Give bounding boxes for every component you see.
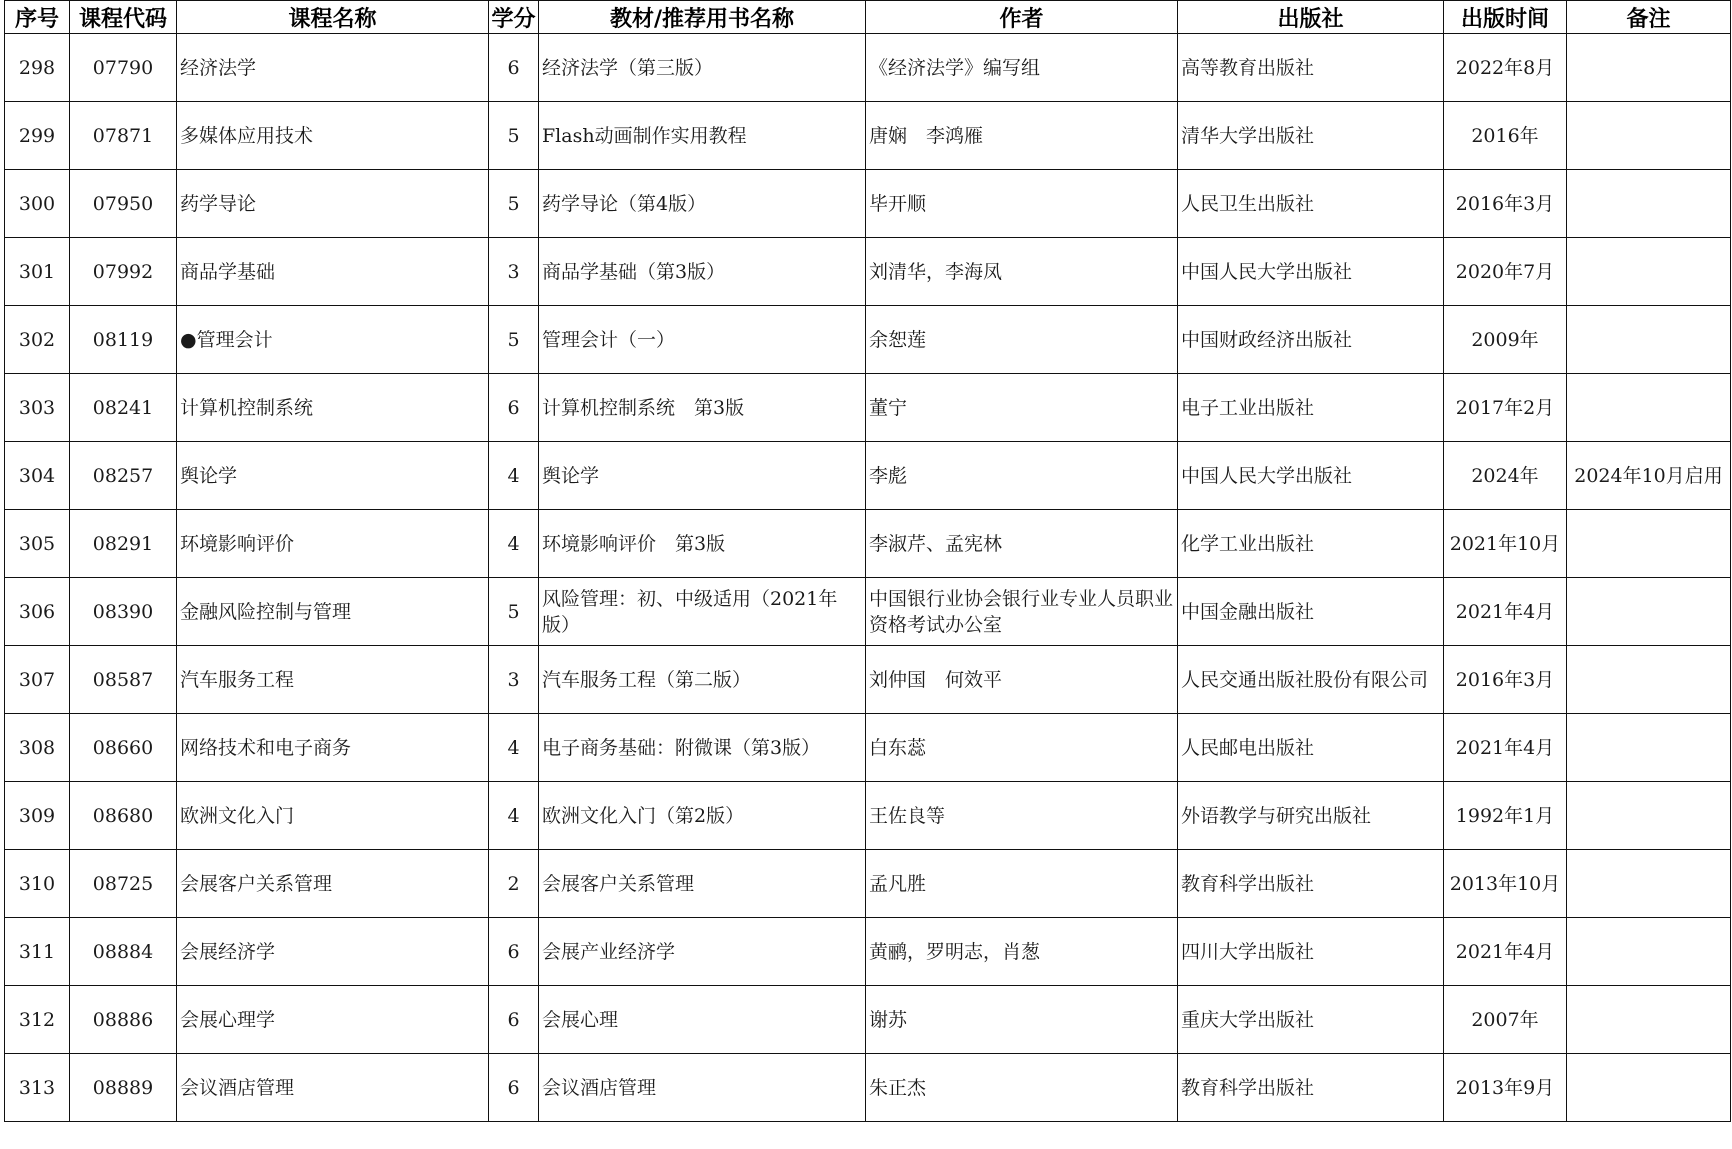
cell-publisher: 四川大学出版社	[1178, 918, 1444, 986]
cell-textbook: 药学导论（第4版）	[539, 170, 866, 238]
cell-pub-date: 2016年3月	[1444, 170, 1567, 238]
cell-publisher: 中国金融出版社	[1178, 578, 1444, 646]
header-course-code: 课程代码	[70, 1, 177, 34]
cell-note	[1567, 306, 1731, 374]
cell-credit: 4	[489, 782, 539, 850]
cell-course-name: 会展客户关系管理	[177, 850, 489, 918]
table-row: 305 08291 环境影响评价 4 环境影响评价 第3版 李淑芹、孟宪林 化学…	[5, 510, 1731, 578]
cell-course-name: 经济法学	[177, 34, 489, 102]
cell-course-code: 08884	[70, 918, 177, 986]
cell-course-code: 08241	[70, 374, 177, 442]
cell-credit: 6	[489, 34, 539, 102]
cell-pub-date: 2024年	[1444, 442, 1567, 510]
cell-textbook: 环境影响评价 第3版	[539, 510, 866, 578]
table-row: 298 07790 经济法学 6 经济法学（第三版） 《经济法学》编写组 高等教…	[5, 34, 1731, 102]
table-row: 302 08119 ●管理会计 5 管理会计（一） 余恕莲 中国财政经济出版社 …	[5, 306, 1731, 374]
cell-course-code: 07992	[70, 238, 177, 306]
cell-credit: 3	[489, 238, 539, 306]
cell-course-code: 07790	[70, 34, 177, 102]
cell-course-name: 药学导论	[177, 170, 489, 238]
cell-note	[1567, 578, 1731, 646]
cell-author: 中国银行业协会银行业专业人员职业资格考试办公室	[866, 578, 1178, 646]
cell-note	[1567, 170, 1731, 238]
cell-author: 朱正杰	[866, 1054, 1178, 1122]
cell-textbook: 舆论学	[539, 442, 866, 510]
cell-pub-date: 2009年	[1444, 306, 1567, 374]
cell-note	[1567, 782, 1731, 850]
cell-textbook: Flash动画制作实用教程	[539, 102, 866, 170]
cell-publisher: 教育科学出版社	[1178, 850, 1444, 918]
cell-course-name: 会展经济学	[177, 918, 489, 986]
cell-pub-date: 2021年4月	[1444, 578, 1567, 646]
cell-credit: 5	[489, 578, 539, 646]
header-credit: 学分	[489, 1, 539, 34]
cell-course-name: 网络技术和电子商务	[177, 714, 489, 782]
cell-publisher: 人民卫生出版社	[1178, 170, 1444, 238]
table-body: 298 07790 经济法学 6 经济法学（第三版） 《经济法学》编写组 高等教…	[5, 34, 1731, 1122]
cell-author: 刘仲国 何效平	[866, 646, 1178, 714]
table-row: 312 08886 会展心理学 6 会展心理 谢苏 重庆大学出版社 2007年	[5, 986, 1731, 1054]
table-row: 300 07950 药学导论 5 药学导论（第4版） 毕开顺 人民卫生出版社 2…	[5, 170, 1731, 238]
cell-no: 312	[5, 986, 70, 1054]
cell-course-code: 08725	[70, 850, 177, 918]
cell-course-code: 08119	[70, 306, 177, 374]
header-publisher: 出版社	[1178, 1, 1444, 34]
cell-textbook: 欧洲文化入门（第2版）	[539, 782, 866, 850]
cell-author: 董宁	[866, 374, 1178, 442]
cell-publisher: 人民交通出版社股份有限公司	[1178, 646, 1444, 714]
table-row: 306 08390 金融风险控制与管理 5 风险管理：初、中级适用（2021年版…	[5, 578, 1731, 646]
header-row: 序号 课程代码 课程名称 学分 教材/推荐用书名称 作者 出版社 出版时间 备注	[5, 1, 1731, 34]
cell-no: 306	[5, 578, 70, 646]
cell-publisher: 电子工业出版社	[1178, 374, 1444, 442]
cell-no: 303	[5, 374, 70, 442]
table-row: 309 08680 欧洲文化入门 4 欧洲文化入门（第2版） 王佐良等 外语教学…	[5, 782, 1731, 850]
cell-course-name: 环境影响评价	[177, 510, 489, 578]
cell-textbook: 汽车服务工程（第二版）	[539, 646, 866, 714]
cell-course-name: ●管理会计	[177, 306, 489, 374]
cell-credit: 5	[489, 306, 539, 374]
table-row: 299 07871 多媒体应用技术 5 Flash动画制作实用教程 唐娴 李鸿雁…	[5, 102, 1731, 170]
cell-course-name: 汽车服务工程	[177, 646, 489, 714]
cell-textbook: 电子商务基础：附微课（第3版）	[539, 714, 866, 782]
cell-course-code: 08889	[70, 1054, 177, 1122]
table-row: 304 08257 舆论学 4 舆论学 李彪 中国人民大学出版社 2024年 2…	[5, 442, 1731, 510]
cell-publisher: 教育科学出版社	[1178, 1054, 1444, 1122]
cell-course-name: 会展心理学	[177, 986, 489, 1054]
table-row: 311 08884 会展经济学 6 会展产业经济学 黄鹂，罗明志，肖葱 四川大学…	[5, 918, 1731, 986]
cell-pub-date: 2017年2月	[1444, 374, 1567, 442]
cell-pub-date: 1992年1月	[1444, 782, 1567, 850]
cell-publisher: 中国人民大学出版社	[1178, 238, 1444, 306]
cell-note	[1567, 374, 1731, 442]
cell-note	[1567, 986, 1731, 1054]
cell-no: 311	[5, 918, 70, 986]
cell-course-code: 08680	[70, 782, 177, 850]
cell-note	[1567, 850, 1731, 918]
cell-author: 李淑芹、孟宪林	[866, 510, 1178, 578]
cell-course-name: 金融风险控制与管理	[177, 578, 489, 646]
cell-course-code: 08587	[70, 646, 177, 714]
cell-publisher: 重庆大学出版社	[1178, 986, 1444, 1054]
cell-textbook: 商品学基础（第3版）	[539, 238, 866, 306]
cell-no: 313	[5, 1054, 70, 1122]
cell-author: 余恕莲	[866, 306, 1178, 374]
cell-credit: 4	[489, 442, 539, 510]
cell-no: 301	[5, 238, 70, 306]
cell-credit: 2	[489, 850, 539, 918]
cell-author: 刘清华，李海凤	[866, 238, 1178, 306]
cell-course-name: 欧洲文化入门	[177, 782, 489, 850]
cell-no: 310	[5, 850, 70, 918]
cell-credit: 5	[489, 102, 539, 170]
table-row: 313 08889 会议酒店管理 6 会议酒店管理 朱正杰 教育科学出版社 20…	[5, 1054, 1731, 1122]
cell-no: 302	[5, 306, 70, 374]
cell-credit: 3	[489, 646, 539, 714]
table-row: 307 08587 汽车服务工程 3 汽车服务工程（第二版） 刘仲国 何效平 人…	[5, 646, 1731, 714]
cell-pub-date: 2020年7月	[1444, 238, 1567, 306]
cell-textbook: 经济法学（第三版）	[539, 34, 866, 102]
header-pub-date: 出版时间	[1444, 1, 1567, 34]
cell-course-code: 08257	[70, 442, 177, 510]
cell-author: 王佐良等	[866, 782, 1178, 850]
textbook-table: 序号 课程代码 课程名称 学分 教材/推荐用书名称 作者 出版社 出版时间 备注…	[4, 0, 1731, 1122]
cell-no: 308	[5, 714, 70, 782]
cell-course-code: 07871	[70, 102, 177, 170]
cell-textbook: 风险管理：初、中级适用（2021年版）	[539, 578, 866, 646]
cell-note	[1567, 34, 1731, 102]
cell-note	[1567, 918, 1731, 986]
cell-publisher: 中国人民大学出版社	[1178, 442, 1444, 510]
cell-author: 唐娴 李鸿雁	[866, 102, 1178, 170]
cell-no: 298	[5, 34, 70, 102]
cell-note	[1567, 102, 1731, 170]
cell-course-code: 08886	[70, 986, 177, 1054]
cell-course-name: 多媒体应用技术	[177, 102, 489, 170]
cell-pub-date: 2016年	[1444, 102, 1567, 170]
cell-author: 黄鹂，罗明志，肖葱	[866, 918, 1178, 986]
cell-no: 305	[5, 510, 70, 578]
table-row: 308 08660 网络技术和电子商务 4 电子商务基础：附微课（第3版） 白东…	[5, 714, 1731, 782]
cell-no: 299	[5, 102, 70, 170]
cell-credit: 6	[489, 986, 539, 1054]
cell-textbook: 会展产业经济学	[539, 918, 866, 986]
cell-course-code: 08390	[70, 578, 177, 646]
cell-publisher: 外语教学与研究出版社	[1178, 782, 1444, 850]
cell-credit: 6	[489, 1054, 539, 1122]
cell-credit: 5	[489, 170, 539, 238]
cell-course-code: 08291	[70, 510, 177, 578]
cell-course-name: 舆论学	[177, 442, 489, 510]
cell-no: 307	[5, 646, 70, 714]
cell-publisher: 高等教育出版社	[1178, 34, 1444, 102]
cell-pub-date: 2021年4月	[1444, 918, 1567, 986]
cell-pub-date: 2013年9月	[1444, 1054, 1567, 1122]
cell-textbook: 计算机控制系统 第3版	[539, 374, 866, 442]
cell-pub-date: 2013年10月	[1444, 850, 1567, 918]
cell-publisher: 清华大学出版社	[1178, 102, 1444, 170]
cell-note	[1567, 510, 1731, 578]
cell-pub-date: 2016年3月	[1444, 646, 1567, 714]
cell-pub-date: 2022年8月	[1444, 34, 1567, 102]
cell-course-name: 会议酒店管理	[177, 1054, 489, 1122]
cell-author: 李彪	[866, 442, 1178, 510]
cell-credit: 4	[489, 714, 539, 782]
cell-author: 《经济法学》编写组	[866, 34, 1178, 102]
cell-credit: 6	[489, 374, 539, 442]
cell-pub-date: 2021年10月	[1444, 510, 1567, 578]
cell-author: 毕开顺	[866, 170, 1178, 238]
cell-author: 白东蕊	[866, 714, 1178, 782]
cell-pub-date: 2021年4月	[1444, 714, 1567, 782]
cell-credit: 4	[489, 510, 539, 578]
cell-publisher: 人民邮电出版社	[1178, 714, 1444, 782]
cell-publisher: 中国财政经济出版社	[1178, 306, 1444, 374]
cell-textbook: 管理会计（一）	[539, 306, 866, 374]
header-author: 作者	[866, 1, 1178, 34]
table-row: 310 08725 会展客户关系管理 2 会展客户关系管理 孟凡胜 教育科学出版…	[5, 850, 1731, 918]
cell-note	[1567, 646, 1731, 714]
cell-note	[1567, 238, 1731, 306]
header-no: 序号	[5, 1, 70, 34]
cell-course-name: 计算机控制系统	[177, 374, 489, 442]
cell-note: 2024年10月启用	[1567, 442, 1731, 510]
header-note: 备注	[1567, 1, 1731, 34]
cell-course-code: 08660	[70, 714, 177, 782]
header-course-name: 课程名称	[177, 1, 489, 34]
cell-author: 孟凡胜	[866, 850, 1178, 918]
header-textbook: 教材/推荐用书名称	[539, 1, 866, 34]
cell-note	[1567, 1054, 1731, 1122]
cell-course-code: 07950	[70, 170, 177, 238]
cell-no: 309	[5, 782, 70, 850]
cell-no: 304	[5, 442, 70, 510]
cell-textbook: 会展心理	[539, 986, 866, 1054]
cell-author: 谢苏	[866, 986, 1178, 1054]
cell-textbook: 会展客户关系管理	[539, 850, 866, 918]
cell-publisher: 化学工业出版社	[1178, 510, 1444, 578]
table-row: 303 08241 计算机控制系统 6 计算机控制系统 第3版 董宁 电子工业出…	[5, 374, 1731, 442]
cell-textbook: 会议酒店管理	[539, 1054, 866, 1122]
cell-course-name: 商品学基础	[177, 238, 489, 306]
cell-note	[1567, 714, 1731, 782]
table-row: 301 07992 商品学基础 3 商品学基础（第3版） 刘清华，李海凤 中国人…	[5, 238, 1731, 306]
cell-no: 300	[5, 170, 70, 238]
cell-pub-date: 2007年	[1444, 986, 1567, 1054]
cell-credit: 6	[489, 918, 539, 986]
